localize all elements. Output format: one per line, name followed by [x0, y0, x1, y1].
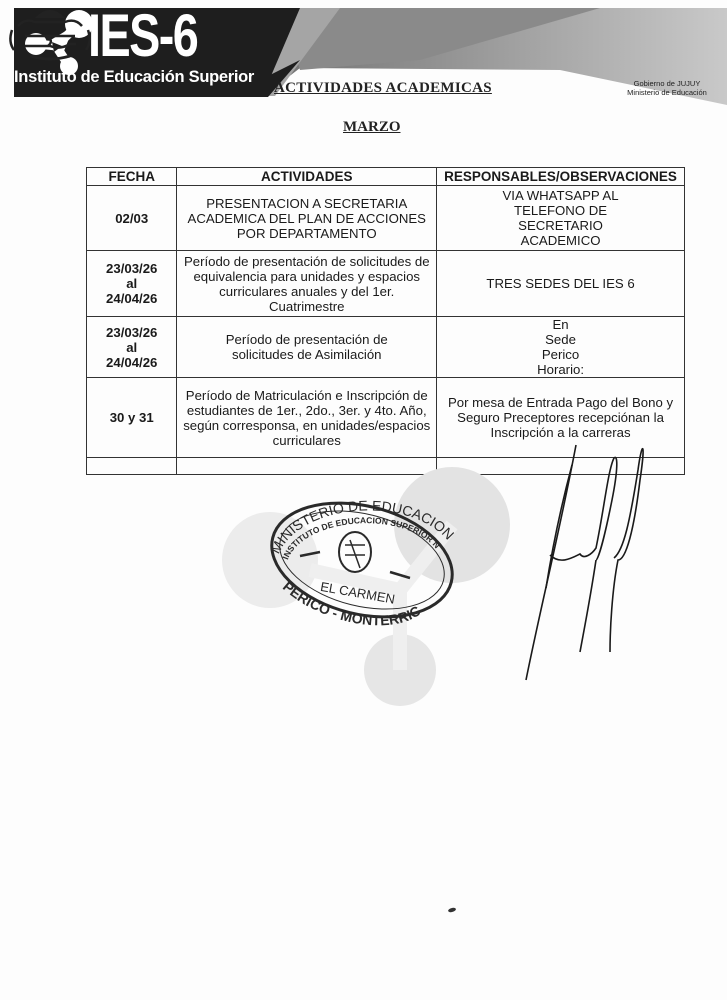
coat-of-arms-icon: [339, 532, 371, 572]
actividad-cell: Período de Matriculación e Inscripción d…: [177, 378, 437, 458]
responsables-cell: TRES SEDES DEL IES 6: [437, 251, 685, 317]
fecha-cell: 23/03/26 al 24/04/26: [87, 317, 177, 378]
column-header-responsables: RESPONSABLES/OBSERVACIONES: [437, 168, 685, 186]
logo-title: IES-6: [88, 4, 197, 68]
responsables-cell: VIA WHATSAPP AL TELEFONO DE SECRETARIO A…: [437, 186, 685, 251]
actividad-cell: Período de presentación de solicitudes d…: [177, 251, 437, 317]
table-row: 23/03/26 al 24/04/26 Período de presenta…: [87, 251, 685, 317]
month-heading: MARZO: [343, 119, 401, 136]
scan-speck: [448, 907, 457, 913]
actividad-cell: PRESENTACION A SECRETARIA ACADEMICA DEL …: [177, 186, 437, 251]
document-title: ACTIVIDADES ACADEMICAS: [274, 80, 492, 97]
fecha-cell: 30 y 31: [87, 378, 177, 458]
activities-table: FECHA ACTIVIDADES RESPONSABLES/OBSERVACI…: [86, 167, 685, 475]
stamp-seal: MINISTERIO DE EDUCACION INSTITUTO DE EDU…: [220, 460, 520, 720]
table-row: 02/03 PRESENTACION A SECRETARIA ACADEMIC…: [87, 186, 685, 251]
column-header-fecha: FECHA: [87, 168, 177, 186]
fecha-cell: 02/03: [87, 186, 177, 251]
gobierno-jujuy-logo-icon: [0, 0, 100, 80]
fecha-cell: [87, 458, 177, 475]
table-row: 23/03/26 al 24/04/26 Período de presenta…: [87, 317, 685, 378]
responsables-cell: En Sede Perico Horario:: [437, 317, 685, 378]
gov-line2: Ministerio de Educación: [610, 89, 724, 98]
table-header-row: FECHA ACTIVIDADES RESPONSABLES/OBSERVACI…: [87, 168, 685, 186]
stamp-inner-text: INSTITUTO DE EDUCACION SUPERIOR Nº 6: [220, 460, 460, 596]
gobierno-jujuy-caption: Gobierno de JUJUY Ministerio de Educació…: [610, 80, 724, 97]
actividad-cell: Período de presentación de solicitudes d…: [177, 317, 437, 378]
fecha-cell: 23/03/26 al 24/04/26: [87, 251, 177, 317]
official-stamp: MINISTERIO DE EDUCACION INSTITUTO DE EDU…: [220, 460, 520, 720]
signature: [500, 430, 660, 690]
column-header-actividades: ACTIVIDADES: [177, 168, 437, 186]
stamp-center-text: EL CARMEN: [319, 579, 396, 607]
